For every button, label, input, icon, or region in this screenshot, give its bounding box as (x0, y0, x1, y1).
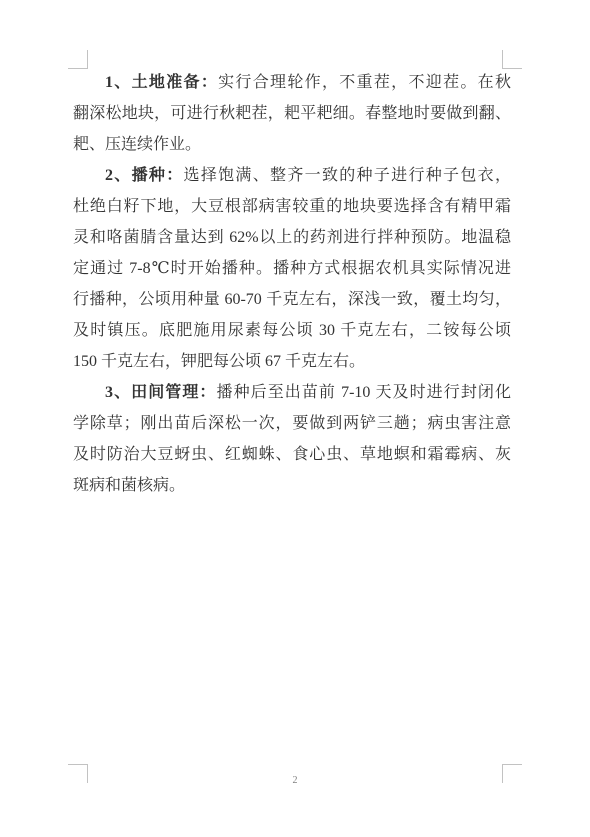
paragraph-heading: 3、田间管理： (105, 384, 217, 401)
text-line: 灵和咯菌腈含量达到 62%以上的药剂进行拌种预防。地温稳 (73, 222, 511, 253)
text-line: 翻深松地块，可进行秋耙茬，耙平耙细。春整地时要做到翻、 (73, 98, 511, 129)
text-line: 1、土地准备：实行合理轮作，不重茬，不迎茬。在秋 (73, 67, 511, 98)
document-page: 1、土地准备：实行合理轮作，不重茬，不迎茬。在秋翻深松地块，可进行秋耙茬，耙平耙… (0, 0, 590, 837)
text-line: 定通过 7-8℃时开始播种。播种方式根据农机具实际情况进 (73, 253, 511, 284)
text-line: 斑病和菌核病。 (73, 470, 511, 501)
text-line: 杜绝白籽下地，大豆根部病害较重的地块要选择含有精甲霜 (73, 191, 511, 222)
text-line: 3、田间管理：播种后至出苗前 7-10 天及时进行封闭化 (73, 377, 511, 408)
text-line: 耙、压连续作业。 (73, 129, 511, 160)
paragraph-heading: 1、土地准备： (105, 74, 218, 91)
text-line: 及时镇压。底肥施用尿素每公顷 30 千克左右，二铵每公顷 (73, 315, 511, 346)
text-line: 学除草；刚出苗后深松一次，要做到两铲三趟；病虫害注意 (73, 408, 511, 439)
document-body: 1、土地准备：实行合理轮作，不重茬，不迎茬。在秋翻深松地块，可进行秋耙茬，耙平耙… (73, 67, 511, 501)
text-line: 150 千克左右，钾肥每公顷 67 千克左右。 (73, 346, 511, 377)
page-number: 2 (0, 774, 590, 788)
paragraph-heading: 2、播种： (105, 167, 184, 184)
text-line: 2、播种：选择饱满、整齐一致的种子进行种子包衣， (73, 160, 511, 191)
text-line: 及时防治大豆蚜虫、红蜘蛛、食心虫、草地螟和霜霉病、灰 (73, 439, 511, 470)
text-line: 行播种，公顷用种量 60-70 千克左右，深浅一致，覆土均匀， (73, 284, 511, 315)
